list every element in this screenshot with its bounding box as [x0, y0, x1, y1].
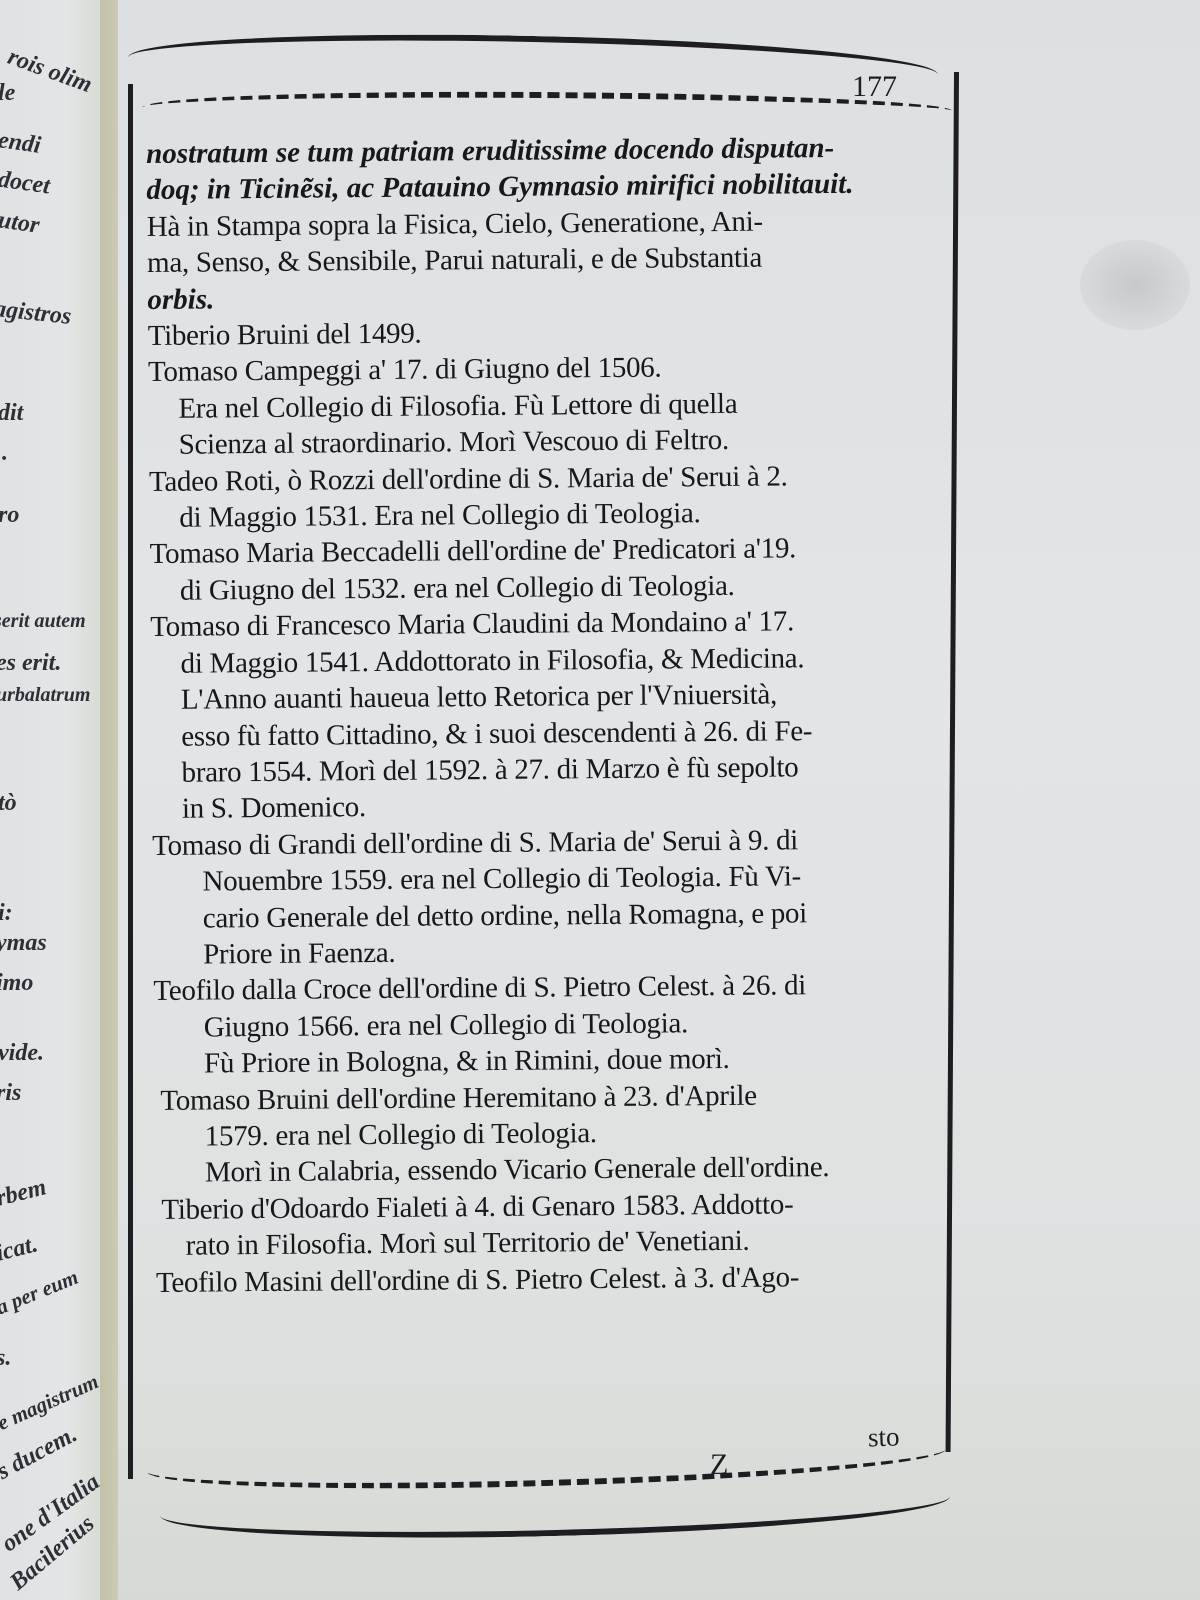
- catchword: sto: [867, 1421, 900, 1453]
- margin-fragment: a per eum: [0, 1265, 82, 1321]
- margin-fragment: docet: [0, 167, 52, 201]
- page-number: 177: [852, 70, 897, 104]
- text-line: doq; in Ticinẽsi, ac Patauino Gymnasio m…: [146, 165, 946, 208]
- margin-fragment: ro: [0, 502, 19, 529]
- margin-fragment: agistros: [0, 296, 73, 331]
- signature-mark: Z: [710, 1448, 728, 1482]
- margin-fragment: le: [0, 80, 15, 107]
- paper-stain: [1080, 240, 1190, 330]
- margin-fragment: tò: [0, 790, 17, 817]
- margin-fragment: urbalatrum: [0, 684, 90, 707]
- margin-fragment: dit: [0, 400, 23, 427]
- margin-fragment: ymas: [0, 930, 47, 957]
- margin-fragment: endi: [0, 127, 42, 160]
- margin-fragment: utor: [0, 207, 41, 239]
- page-body-text: nostratum se tum patriam eruditissime do…: [146, 129, 956, 1301]
- margin-fragment: es erit.: [0, 650, 61, 677]
- margin-fragment: ris: [0, 1080, 21, 1107]
- margin-fragment: rois olim: [4, 44, 95, 99]
- margin-fragment: i:: [0, 900, 13, 927]
- margin-fragment: .: [2, 440, 8, 467]
- margin-fragment: imo: [0, 970, 33, 997]
- margin-fragment: rbem: [0, 1174, 49, 1212]
- frame-left-rule: [128, 84, 133, 1479]
- margin-fragment: e magistrum: [0, 1369, 102, 1436]
- margin-fragment: vide.: [0, 1040, 44, 1067]
- facing-left-page: rois olim le endi docet utor agistros di…: [0, 0, 112, 1600]
- entry-heading: Teofilo Masini dell'ordine di S. Pietro …: [156, 1258, 956, 1301]
- margin-fragment: icat.: [0, 1231, 41, 1267]
- margin-fragment: serit autem: [0, 610, 86, 633]
- margin-fragment: s.: [0, 1345, 11, 1372]
